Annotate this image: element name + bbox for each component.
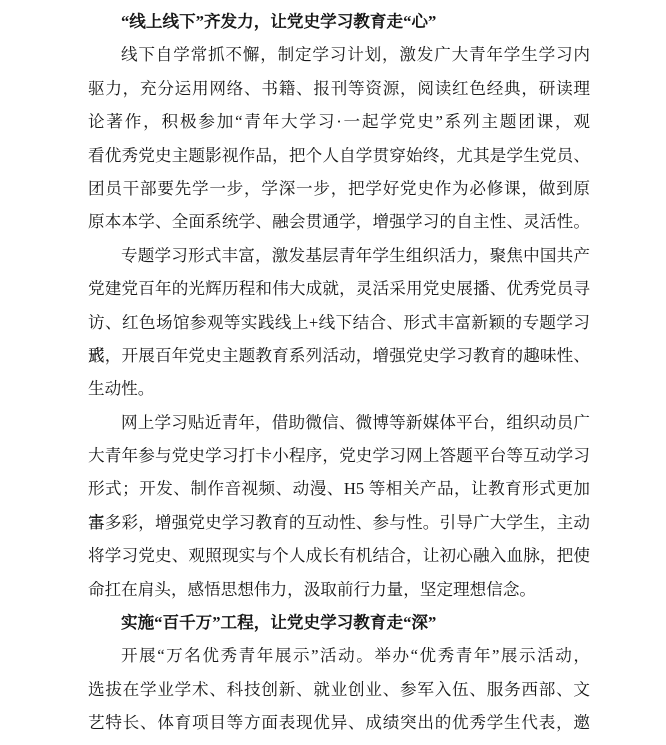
text-line: 命扛在肩头，感悟思想伟力，汲取前行力量，坚定理想信念。	[88, 573, 590, 606]
text-line: 选拔在学业学术、科技创新、就业创业、参军入伍、服务西部、文	[88, 673, 590, 706]
text-line: 论著作，积极参加“青年大学习·一起学党史”系列主题团课，观	[88, 105, 590, 138]
text-line: 团员干部要先学一步，学深一步，把学好党史作为必修课，做到原	[88, 172, 590, 205]
text-line: 看优秀党史主题影视作品，把个人自学贯穿始终，尤其是学生党员、	[88, 139, 590, 172]
text-line: 富多彩，增强党史学习教育的互动性、参与性。引导广大学生，主动	[88, 506, 590, 539]
text-line: 线下自学常抓不懈，制定学习计划，激发广大青年学生学习内	[88, 38, 590, 71]
text-line: 形式；开发、制作音视频、动漫、H5 等相关产品，让教育形式更加丰	[88, 472, 590, 505]
document-page: “线上线下”齐发力，让党史学习教育走“心”线下自学常抓不懈，制定学习计划，激发广…	[0, 0, 666, 745]
text-line: 专题学习形式丰富，激发基层青年学生组织活力，聚焦中国共产	[88, 239, 590, 272]
text-line: 大青年参与党史学习打卡小程序，党史学习网上答题平台等互动学习	[88, 439, 590, 472]
text-line: 生动性。	[88, 372, 590, 405]
text-line: 式，开展百年党史主题教育系列活动，增强党史学习教育的趣味性、	[88, 339, 590, 372]
document-content: “线上线下”齐发力，让党史学习教育走“心”线下自学常抓不懈，制定学习计划，激发广…	[88, 5, 590, 740]
text-line: 网上学习贴近青年，借助微信、微博等新媒体平台，组织动员广	[88, 406, 590, 439]
text-line: 访、红色场馆参观等实践线上+线下结合、形式丰富新颖的专题学习形	[88, 306, 590, 339]
text-line: 驱力，充分运用网络、书籍、报刊等资源，阅读红色经典，研读理	[88, 72, 590, 105]
text-line: 将学习党史、观照现实与个人成长有机结合，让初心融入血脉，把使	[88, 539, 590, 572]
text-line: 党建党百年的光辉历程和伟大成就，灵活采用党史展播、优秀党员寻	[88, 272, 590, 305]
section-heading: “线上线下”齐发力，让党史学习教育走“心”	[88, 5, 590, 38]
text-line: 开展“万名优秀青年展示”活动。举办“优秀青年”展示活动，	[88, 639, 590, 672]
text-line: 原本本学、全面系统学、融会贯通学，增强学习的自主性、灵活性。	[88, 205, 590, 238]
text-line: 艺特长、体育项目等方面表现优异、成绩突出的优秀学生代表，邀	[88, 706, 590, 739]
section-heading: 实施“百千万”工程，让党史学习教育走“深”	[88, 606, 590, 639]
